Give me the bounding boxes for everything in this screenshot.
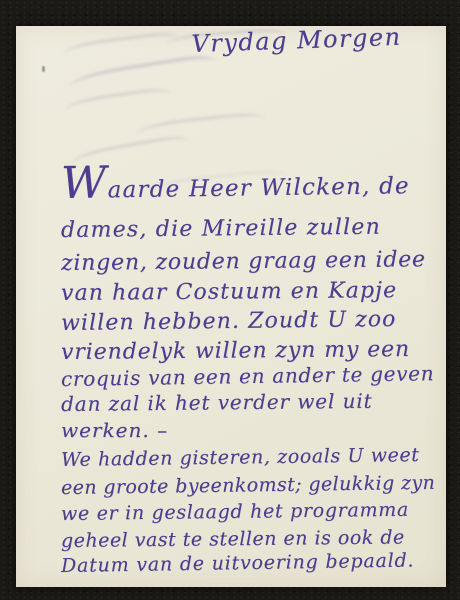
- letter-paper: Vrydag Morgen Waarde Heer Wilcken, de da…: [16, 26, 446, 587]
- ink-bleedthrough: [61, 31, 180, 61]
- letter-line: willen hebben. Zoudt U zoo: [61, 304, 443, 339]
- letter-dateline: Vrydag Morgen: [191, 23, 402, 58]
- ink-bleedthrough: [63, 87, 172, 118]
- ink-bleedthrough: [135, 111, 266, 141]
- photo-background: Vrydag Morgen Waarde Heer Wilcken, de da…: [0, 0, 460, 600]
- letter-line: we er in geslaagd het programma: [61, 497, 443, 529]
- letter-body: Waarde Heer Wilcken, de dames, die Mirei…: [61, 144, 443, 580]
- ink-bleedthrough: [67, 52, 218, 94]
- letter-line: Datum van de uitvoering bepaald.: [61, 548, 443, 580]
- ink-speck: [42, 66, 45, 72]
- letter-line: zingen, zouden graag een idee: [61, 245, 443, 279]
- letter-line: croquis van een en ander te geven: [61, 361, 443, 392]
- letter-line: dames, die Mireille zullen: [61, 210, 443, 249]
- letter-line: dan zal ik het verder wel uit: [61, 388, 443, 417]
- letter-line: Waarde Heer Wilcken, de: [61, 139, 444, 214]
- letter-line: van haar Costuum en Kapje: [61, 276, 443, 309]
